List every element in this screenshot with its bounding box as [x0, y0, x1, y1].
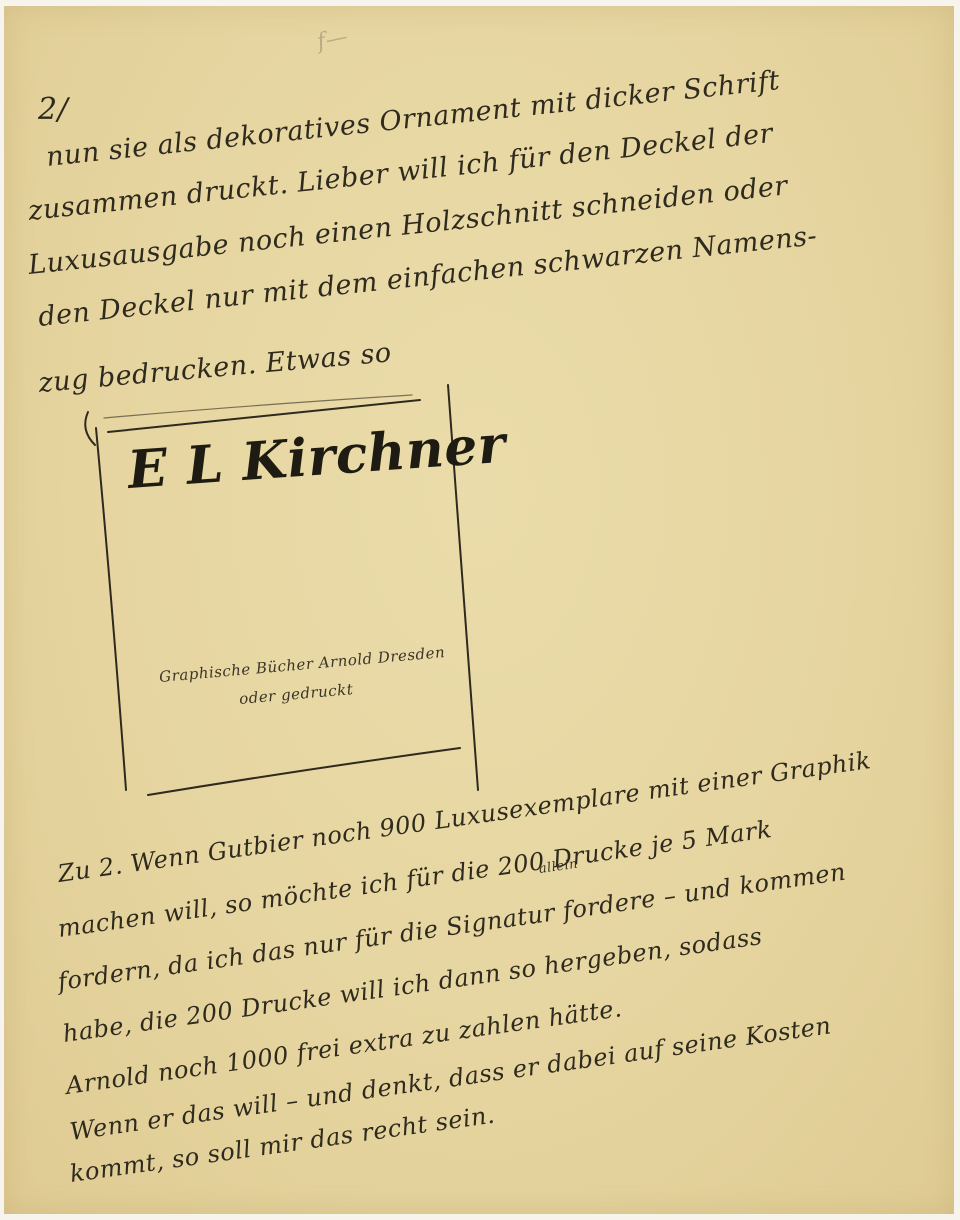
page-number: 2/ — [38, 92, 68, 127]
